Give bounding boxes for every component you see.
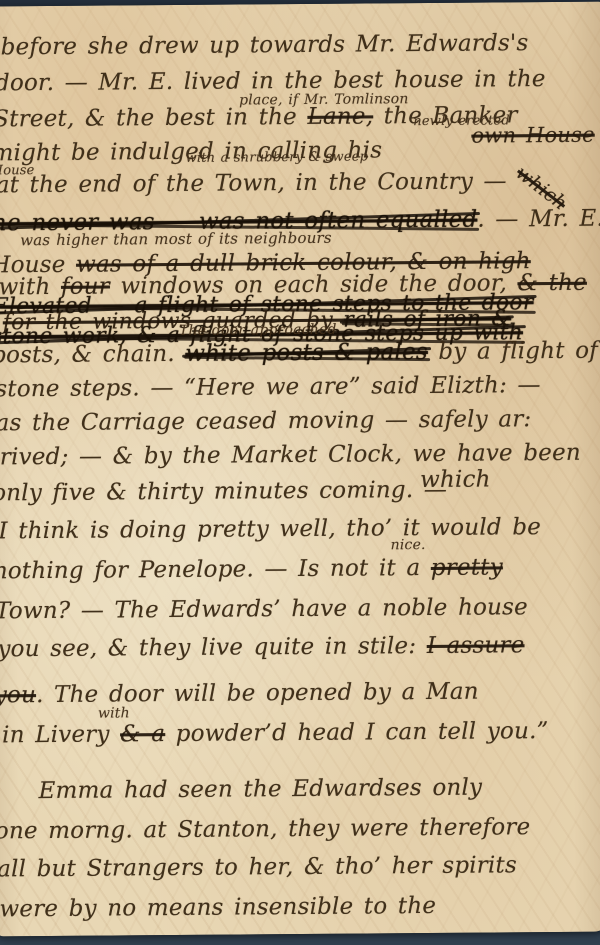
handwritten-text: only five & thirty minutes coming. — (0, 477, 447, 507)
manuscript-line: only five & thirty minutes coming. — (0, 477, 447, 507)
manuscript-line: Town? — The Edwards’ have a noble house (0, 594, 528, 625)
manuscript-line: posts, & chain. white posts & pales by a… (0, 338, 598, 369)
handwritten-text: . — Mr. E.'s (477, 205, 600, 232)
handwritten-text: which (420, 467, 491, 494)
handwritten-text: before she drew up towards Mr. Edwards's (1, 30, 529, 60)
obliterated-text: white posts & pales (185, 339, 428, 367)
handwritten-text: as the Carriage ceased moving — safely a… (0, 406, 532, 436)
manuscript-line: Emma had seen the Edwardses only (38, 775, 482, 805)
manuscript-line: before she drew up towards Mr. Edwards's (1, 30, 529, 61)
handwritten-text: . The door will be opened by a Man (36, 679, 479, 708)
manuscript-paper: before she drew up towards Mr. Edwards's… (0, 2, 600, 937)
manuscript-line: nothing for Penelope. — Is not it a pret… (0, 554, 503, 584)
deleted-text: you (0, 682, 36, 708)
deleted-text: Lane, (307, 103, 373, 130)
handwritten-text: was higher than most of its neighbours (20, 229, 332, 249)
handwritten-text: you see, & they live quite in stile: (0, 633, 427, 662)
manuscript-line: you see, & they live quite in stile: I a… (0, 632, 525, 663)
handwritten-text: by a flight of (428, 338, 598, 365)
deleted-text: pretty (431, 554, 503, 581)
manuscript-line: one morng. at Stanton, they were therefo… (0, 814, 530, 845)
manuscript-line: as the Carriage ceased moving — safely a… (0, 406, 532, 437)
manuscript-line: which (420, 467, 491, 494)
interlinear-insertion-line: The door approached (179, 322, 337, 339)
manuscript-line: in Livery & a powder’d head I can tell y… (2, 718, 549, 749)
deleted-text: I assure (427, 632, 525, 659)
interlinear-insertion-line: was higher than most of its neighbours (20, 230, 332, 250)
deleted-text: & a (120, 721, 165, 747)
interlinear-insertion-line: nice. (391, 537, 426, 553)
handwritten-text: stone steps. — “Here we are” said Elizth… (0, 372, 541, 402)
manuscript-line: at the end of the Town, in the Country — (0, 168, 517, 199)
handwritten-text: in Livery (2, 721, 120, 748)
handwritten-text: :rived; — & by the Market Clock, we have… (0, 440, 581, 471)
manuscript-line: you. The door will be opened by a Man (0, 679, 479, 709)
manuscript-line: stone steps. — “Here we are” said Elizth… (0, 372, 541, 403)
handwritten-text: one morng. at Stanton, they were therefo… (0, 814, 530, 844)
manuscript-line: were by no means insensible to the (0, 893, 436, 923)
handwritten-text: Emma had seen the Edwardses only (38, 775, 482, 804)
handwritten-text: with (98, 705, 130, 721)
handwritten-text: Street, & the best in the (0, 104, 308, 132)
handwritten-text: Town? — The Edwards’ have a noble house (0, 594, 528, 624)
interlinear-insertion-line: with a shrubbery & sweep (186, 150, 369, 166)
handwritten-text: nice. (391, 537, 426, 553)
deleted-text: own House (471, 123, 594, 148)
handwritten-text: I think is doing pretty well, tho’ it wo… (0, 514, 541, 544)
manuscript-line: :rived; — & by the Market Clock, we have… (0, 440, 581, 471)
manuscript-line: I think is doing pretty well, tho’ it wo… (0, 514, 541, 545)
interlinear-insertion-line: with (98, 705, 130, 721)
handwritten-text: were by no means insensible to the (0, 893, 436, 922)
handwritten-text: The door approached (179, 322, 337, 339)
handwritten-text: with a shrubbery & sweep (185, 149, 368, 165)
handwritten-text: at the end of the Town, in the Country — (0, 168, 517, 198)
handwritten-text: powder’d head I can tell you.” (165, 718, 549, 747)
handwritten-text: posts, & chain. (0, 341, 185, 369)
handwritten-text: nothing for Penelope. — Is not it a (0, 555, 431, 584)
handwritten-text: all but Strangers to her, & tho’ her spi… (0, 852, 517, 882)
manuscript-line: all but Strangers to her, & tho’ her spi… (0, 852, 517, 883)
manuscript-line: own House (471, 123, 594, 148)
